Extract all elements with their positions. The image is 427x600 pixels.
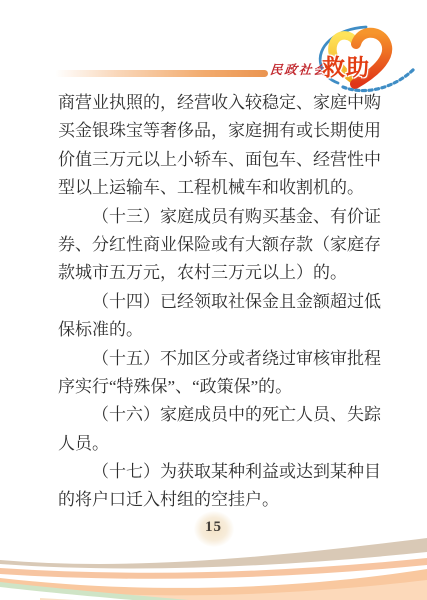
- body-text: 商营业执照的，经营收入较稳定、家庭中购买金银珠宝等奢侈品，家庭拥有或长期使用价值…: [58, 89, 388, 515]
- paragraph: （十四）已经领取社保金且金额超过低保标准的。: [58, 288, 388, 345]
- text-line: 买金银珠宝等奢侈品，家庭拥有或长期使用: [58, 117, 388, 145]
- bottom-swoosh-decoration: [0, 522, 427, 600]
- text-line: （十七）为获取某种利益或达到某种目: [58, 458, 388, 486]
- text-line: 的将户口迁入村组的空挂户。: [58, 486, 388, 514]
- logo-title: 救助: [322, 49, 370, 82]
- paragraph: 商营业执照的，经营收入较稳定、家庭中购买金银珠宝等奢侈品，家庭拥有或长期使用价值…: [58, 89, 388, 203]
- text-line: （十三）家庭成员有购买基金、有价证: [58, 203, 388, 231]
- text-line: （十四）已经领取社保金且金额超过低: [58, 288, 388, 316]
- paragraph: （十七）为获取某种利益或达到某种目的将户口迁入村组的空挂户。: [58, 458, 388, 515]
- text-line: 序实行“特殊保”、“政策保”的。: [58, 373, 388, 401]
- text-line: 券、分红性商业保险或有大额存款（家庭存: [58, 231, 388, 259]
- text-line: 价值三万元以上小轿车、面包车、经营性中: [58, 146, 388, 174]
- text-line: 保标准的。: [58, 316, 388, 344]
- text-line: 商营业执照的，经营收入较稳定、家庭中购: [58, 89, 388, 117]
- header-rule-decoration: [55, 70, 268, 77]
- paragraph: （十六）家庭成员中的死亡人员、失踪人员。: [58, 401, 388, 458]
- text-line: 款城市五万元，农村三万元以上）的。: [58, 259, 388, 287]
- text-line: 型以上运输车、工程机械车和收割机的。: [58, 174, 388, 202]
- text-line: （十五）不加区分或者绕过审核审批程: [58, 345, 388, 373]
- logo-subtitle: 民政社会: [269, 60, 329, 78]
- page: 民政社会 救助 商营业执照的，经营收入较稳定、家庭中购买金银珠宝等奢侈品，家庭拥…: [0, 0, 427, 600]
- paragraph: （十五）不加区分或者绕过审核审批程序实行“特殊保”、“政策保”的。: [58, 345, 388, 402]
- text-line: （十六）家庭成员中的死亡人员、失踪: [58, 401, 388, 429]
- paragraph: （十三）家庭成员有购买基金、有价证券、分红性商业保险或有大额存款（家庭存款城市五…: [58, 203, 388, 288]
- text-line: 人员。: [58, 430, 388, 458]
